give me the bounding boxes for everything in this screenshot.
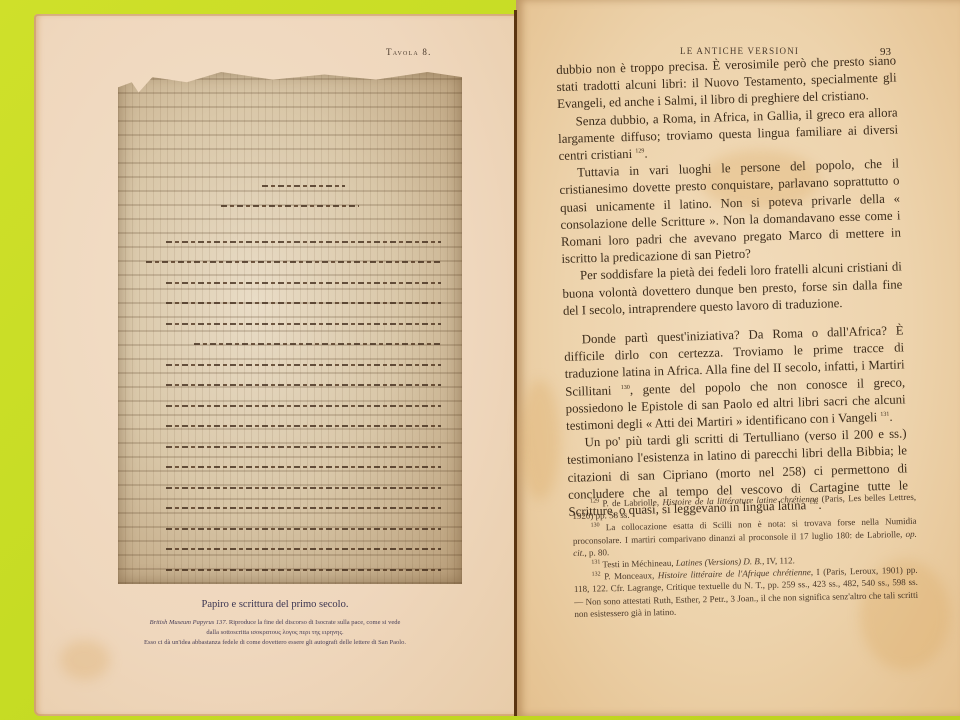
running-head: LE ANTICHE VERSIONI — [680, 46, 799, 56]
paragraph: Donde partì quest'iniziativa? Da Roma o … — [564, 322, 907, 435]
body-text: dubbio non è troppo precisa. È verosimil… — [556, 53, 909, 522]
footnote: 132 P. Monceaux, Histoire littéraire de … — [574, 564, 919, 620]
footnote-ref: 129 — [635, 148, 644, 154]
caption-italic: British Museum Papyrus 137. — [150, 619, 228, 626]
plate-caption-line: British Museum Papyrus 137. Riproduce la… — [34, 618, 516, 628]
footnotes: 129 P. de Labriolle, Histoire de la litt… — [572, 491, 918, 620]
plate-label: Tavola 8. — [386, 47, 432, 57]
paragraph: Senza dubbio, a Roma, in Africa, in Gall… — [557, 104, 898, 165]
caption-text: Riproduce la fine del discorso di Isocra… — [227, 619, 400, 626]
paragraph: Tuttavia in vari luoghi le persone del p… — [559, 156, 902, 269]
book-gutter — [514, 10, 517, 716]
footnote-ref: 130 — [621, 384, 630, 390]
plate-caption-title: Papiro e scrittura del primo secolo. — [34, 599, 516, 610]
paragraph: Per soddisfare la pietà dei fedeli loro … — [562, 259, 903, 320]
paper-stain — [520, 380, 560, 500]
papyrus-plate-image — [118, 72, 462, 584]
plate-caption-line: dalla sottoscritta ισοκρατους λογος περι… — [34, 628, 516, 638]
plate-caption-line: Esso ci dà un'idea abbastanza fedele di … — [34, 638, 516, 648]
paragraph: dubbio non è troppo precisa. È verosimil… — [556, 53, 897, 114]
